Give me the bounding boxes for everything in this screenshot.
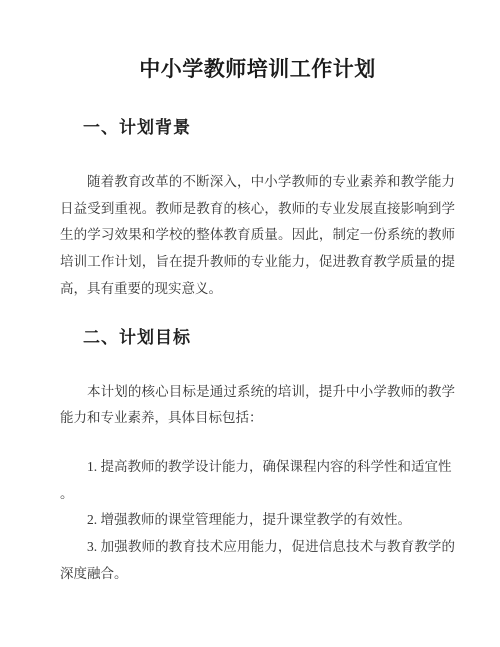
document-title: 中小学教师培训工作计划 bbox=[60, 56, 455, 84]
goal-item-1: 1. 提高教师的教学设计能力，确保课程内容的科学性和适宜性 。 bbox=[60, 454, 455, 507]
goal-item-3: 3. 加强教师的教育技术应用能力，促进信息技术与教育教学的深度融合。 bbox=[60, 534, 455, 587]
background-paragraph: 随着教育改革的不断深入，中小学教师的专业素养和教学能力日益受到重视。教师是教育的… bbox=[60, 169, 455, 303]
goal-list: 1. 提高教师的教学设计能力，确保课程内容的科学性和适宜性 。 2. 增强教师的… bbox=[60, 454, 455, 588]
goals-intro-paragraph: 本计划的核心目标是通过系统的培训，提升中小学教师的教学能力和专业素养，具体目标包… bbox=[60, 379, 455, 432]
document-page: 中小学教师培训工作计划 一、计划背景 随着教育改革的不断深入，中小学教师的专业素… bbox=[0, 0, 500, 647]
section-heading-background: 一、计划背景 bbox=[60, 116, 455, 140]
goal-item-2: 2. 增强教师的课堂管理能力，提升课堂教学的有效性。 bbox=[60, 507, 455, 534]
section-heading-goals: 二、计划目标 bbox=[60, 326, 455, 350]
